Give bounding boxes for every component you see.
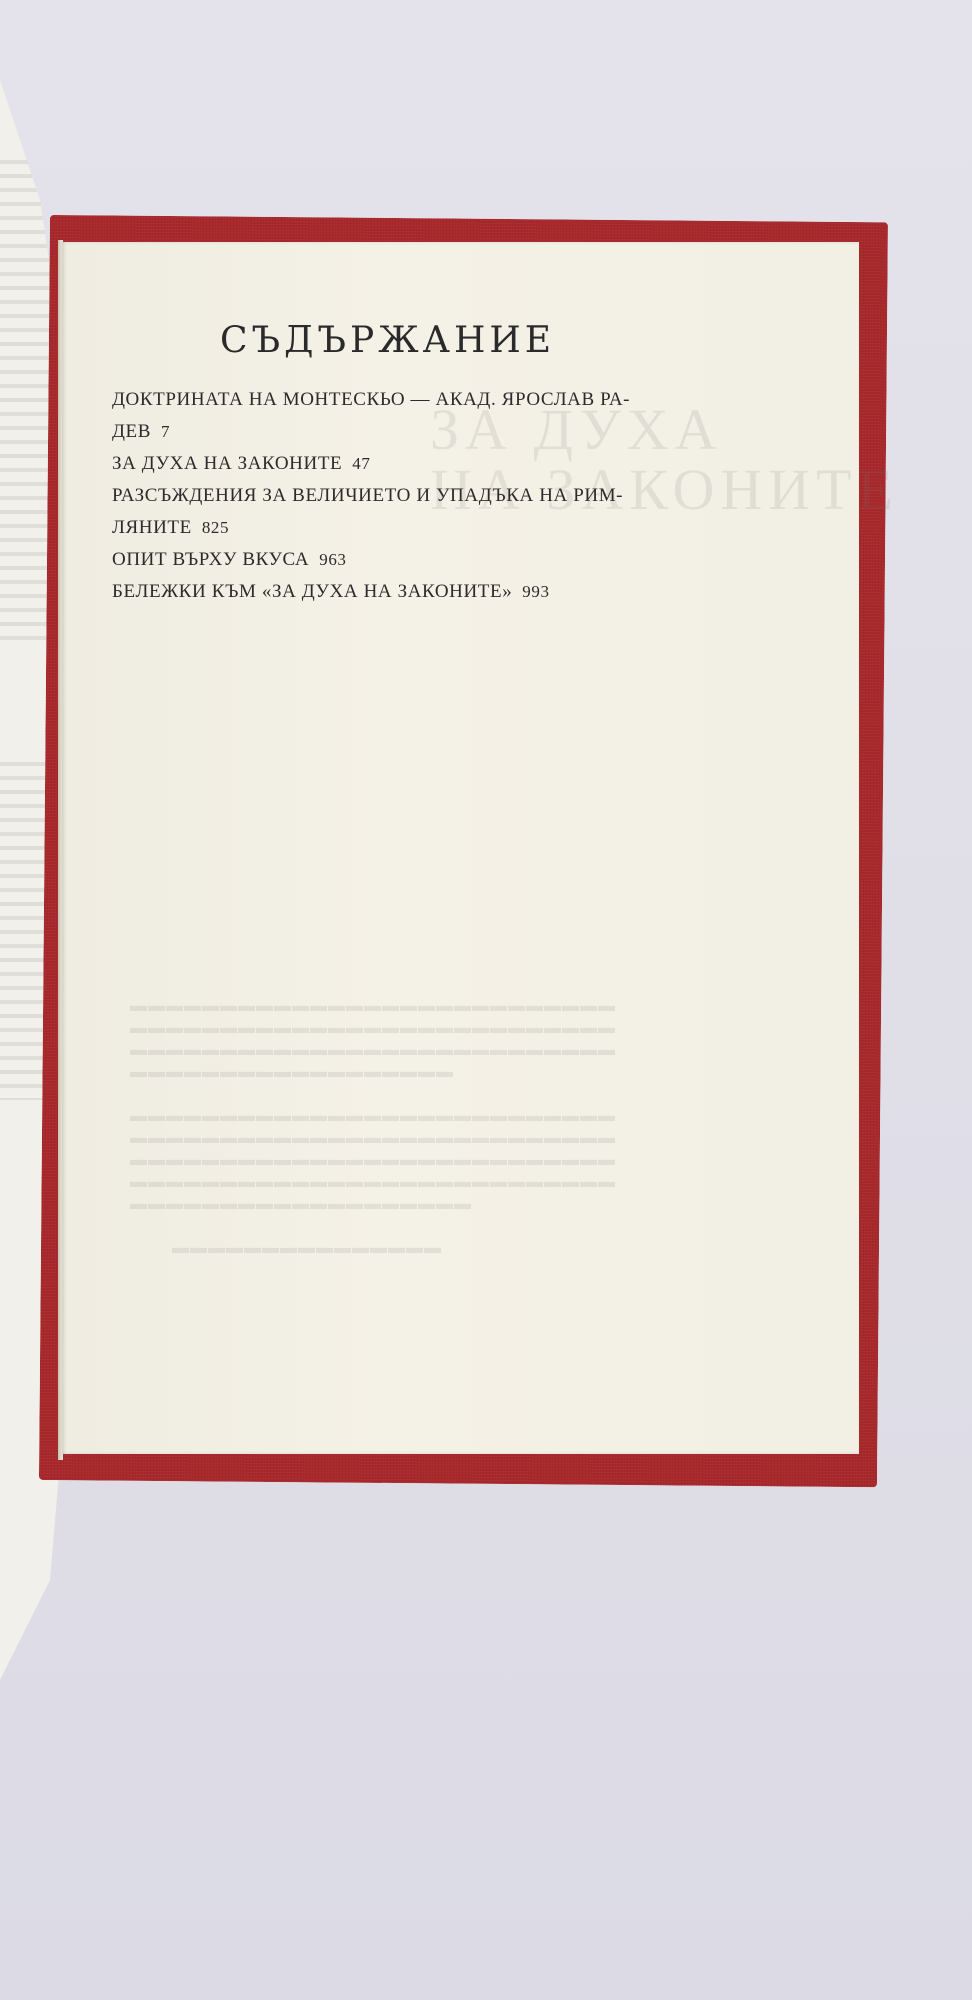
toc-entry-text: БЕЛЕЖКИ КЪМ «ЗА ДУХА НА ЗАКОНИТЕ»: [112, 581, 512, 602]
toc-entry-text: ОПИТ ВЪРХУ ВКУСА: [112, 549, 309, 570]
toc-entry: ДОКТРИНАТА НА МОНТЕСКЬО — АКАД. ЯРОСЛАВ …: [112, 384, 732, 416]
page-title: СЪДЪРЖАНИЕ: [220, 320, 620, 361]
toc-entry-text: ДОКТРИНАТА НА МОНТЕСКЬО — АКАД. ЯРОСЛАВ …: [112, 389, 630, 410]
toc-entry: ДЕВ7: [112, 416, 732, 448]
toc-entry: БЕЛЕЖКИ КЪМ «ЗА ДУХА НА ЗАКОНИТЕ»993: [112, 576, 732, 608]
toc-entry-page: 963: [319, 550, 346, 569]
show-through-imprint: ▬▬▬▬▬▬▬▬▬▬▬▬▬▬▬▬▬▬▬▬▬▬▬▬▬▬▬ ▬▬▬▬▬▬▬▬▬▬▬▬…: [130, 995, 616, 1259]
toc-entry: ЛЯНИТЕ825: [112, 512, 732, 544]
toc-entry-text: РАЗСЪЖДЕНИЯ ЗА ВЕЛИЧИЕТО И УПАДЪКА НА РИ…: [112, 485, 623, 506]
toc-entry-text: ЛЯНИТЕ: [112, 517, 192, 538]
toc-entry-page: 825: [202, 518, 229, 537]
toc-entry: ЗА ДУХА НА ЗАКОНИТЕ47: [112, 448, 732, 480]
toc-entry-page: 993: [522, 582, 549, 601]
toc-entry-page: 7: [161, 422, 170, 441]
toc-entry-text: ЗА ДУХА НА ЗАКОНИТЕ: [112, 453, 342, 474]
toc-entry-page: 47: [352, 454, 370, 473]
toc-entry-text: ДЕВ: [112, 421, 151, 442]
toc-entry: ОПИТ ВЪРХУ ВКУСА963: [112, 544, 732, 576]
toc-entry: РАЗСЪЖДЕНИЯ ЗА ВЕЛИЧИЕТО И УПАДЪКА НА РИ…: [112, 480, 732, 512]
table-of-contents: ДОКТРИНАТА НА МОНТЕСКЬО — АКАД. ЯРОСЛАВ …: [112, 384, 732, 608]
